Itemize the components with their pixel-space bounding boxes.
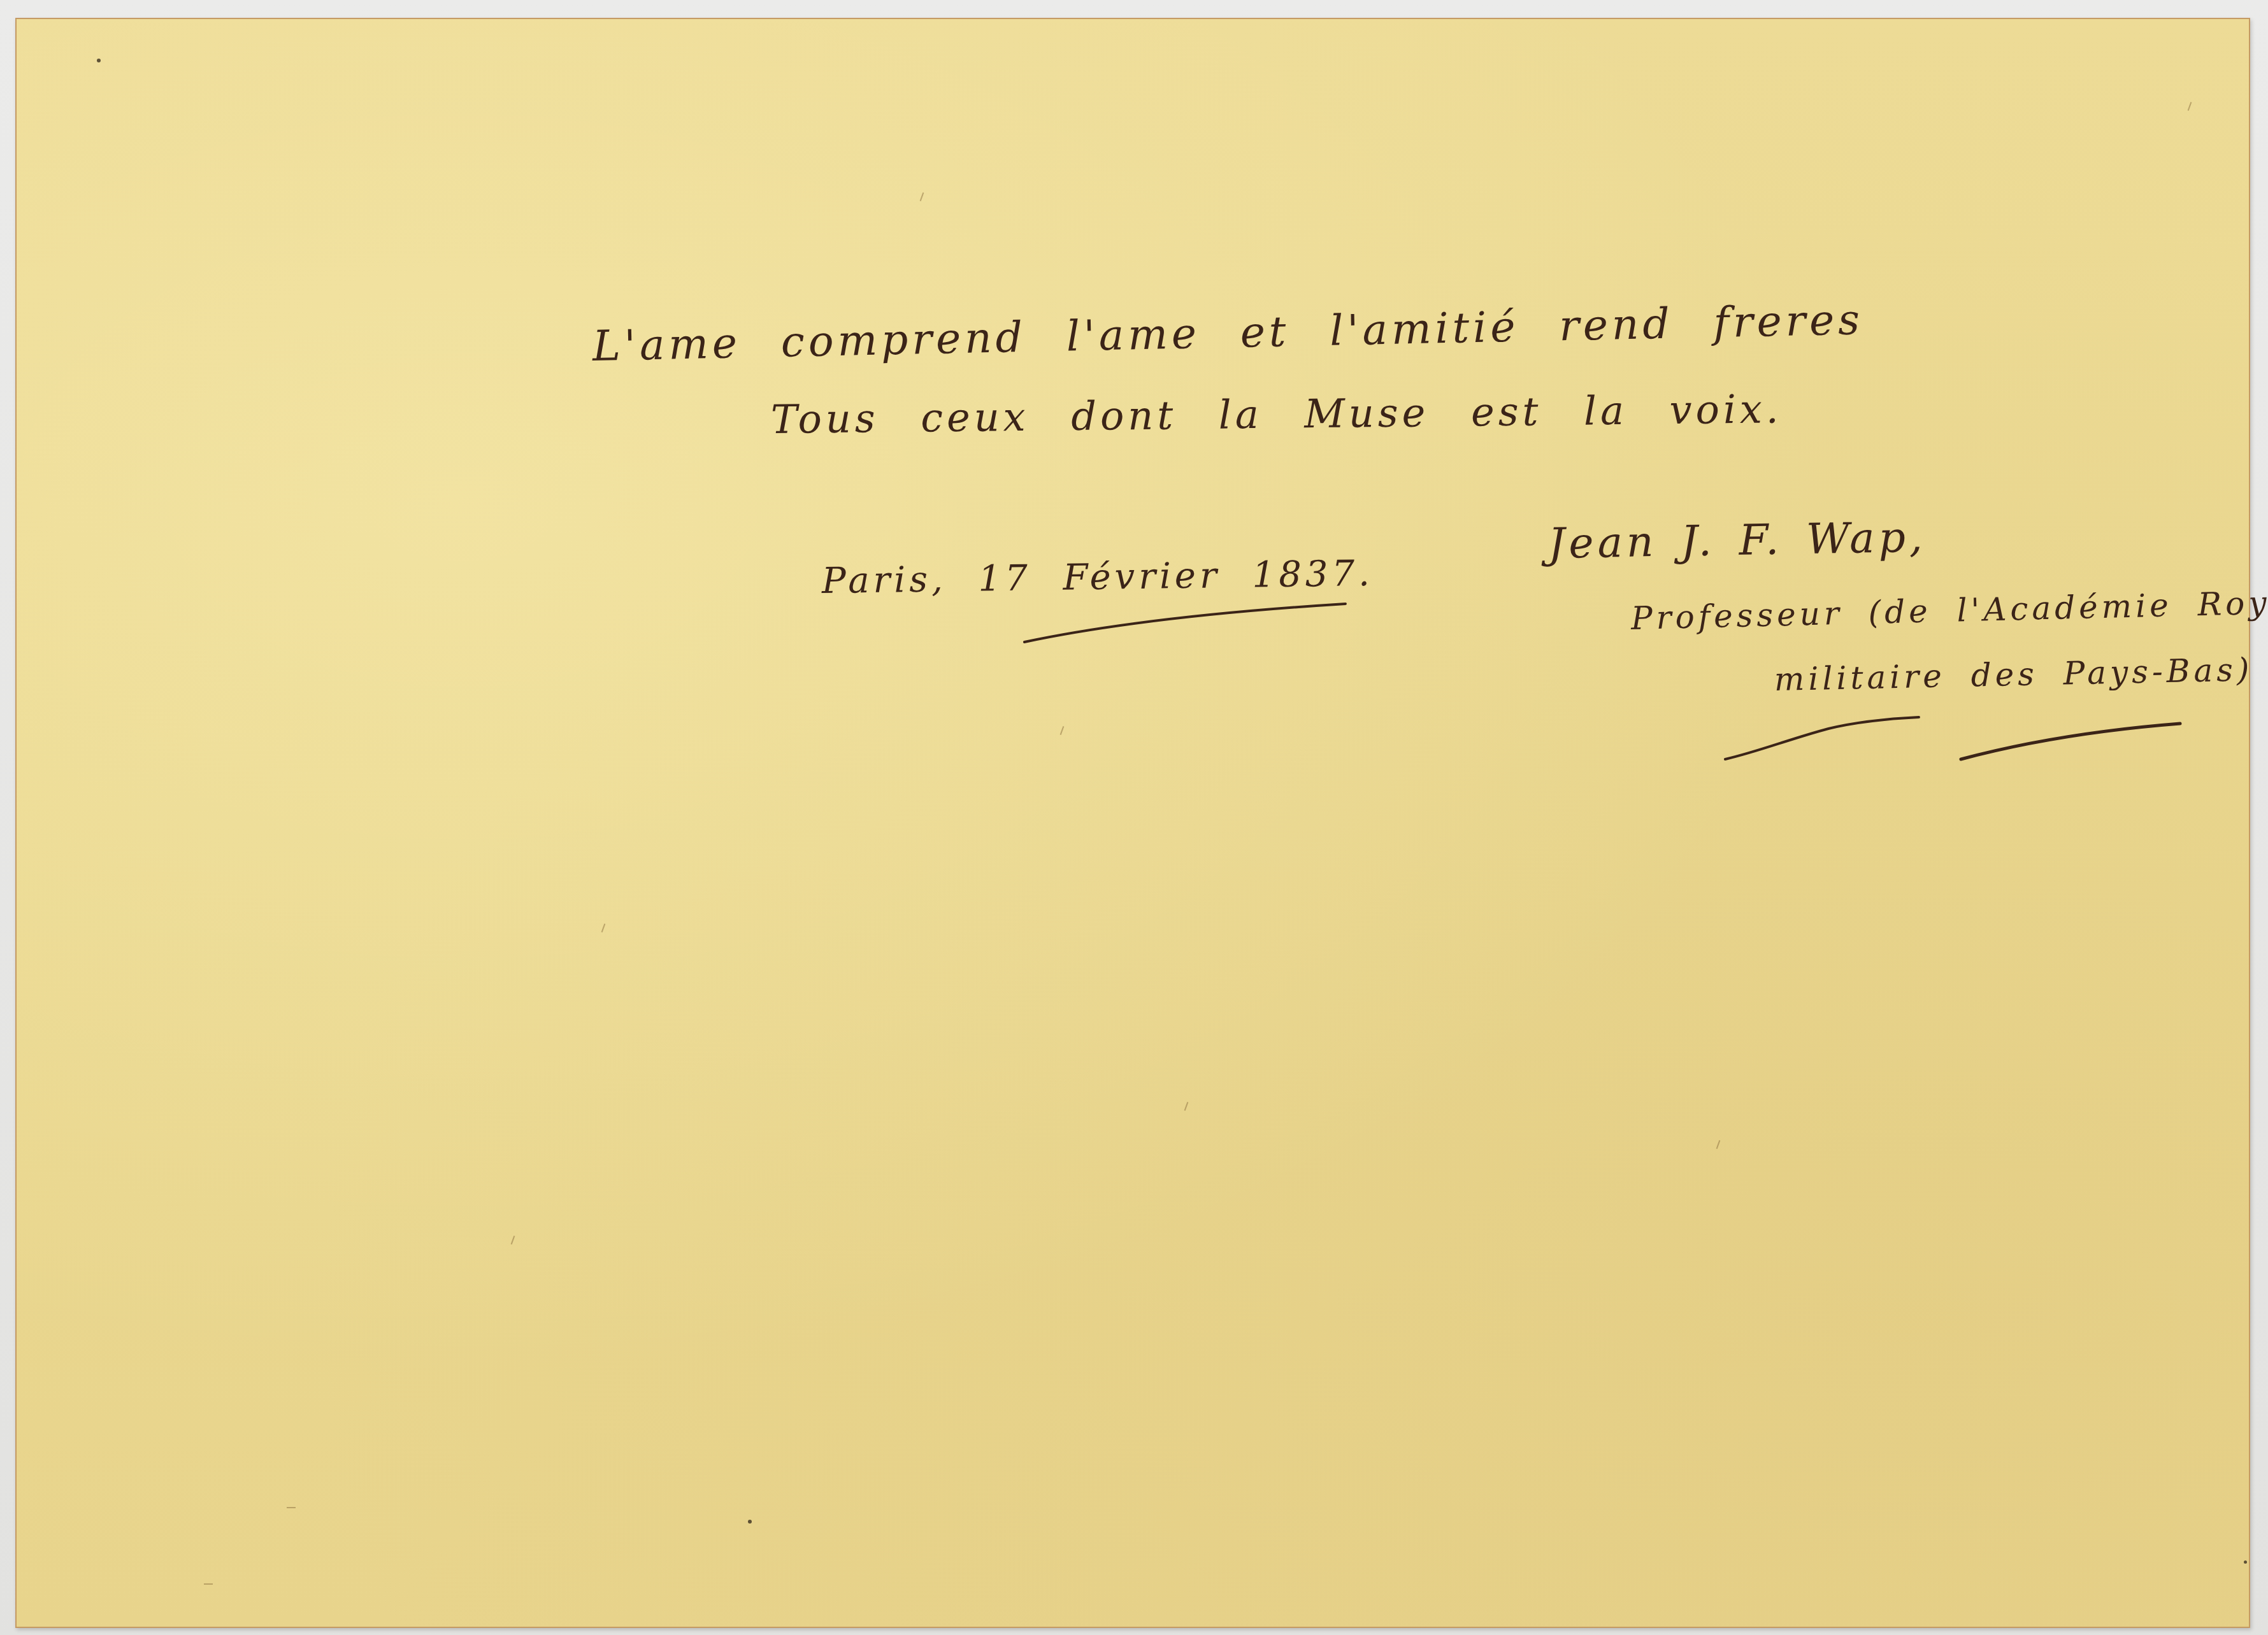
paper-sheet [15, 18, 2250, 1628]
ink-speck [97, 59, 101, 62]
flourish-under-signature-left [1720, 713, 1924, 764]
paper-fiber [2188, 102, 2192, 111]
paper-fiber [601, 924, 606, 932]
flourish-under-date [1019, 599, 1351, 650]
signature-name: Jean J. F. Wap, [1547, 513, 1927, 568]
paper-fiber [511, 1236, 515, 1245]
ink-speck [2244, 1560, 2247, 1564]
paper-fiber [1060, 726, 1065, 735]
flourish-under-signature-right [1956, 720, 2185, 764]
paper-fiber [204, 1583, 213, 1585]
paper-fiber [1184, 1102, 1189, 1111]
ink-speck [748, 1520, 752, 1524]
paper-fiber [1716, 1140, 1721, 1149]
paper-fiber [920, 192, 924, 201]
paper-fiber [287, 1507, 296, 1508]
dateline: Paris, 17 Février 1837. [822, 553, 1374, 602]
